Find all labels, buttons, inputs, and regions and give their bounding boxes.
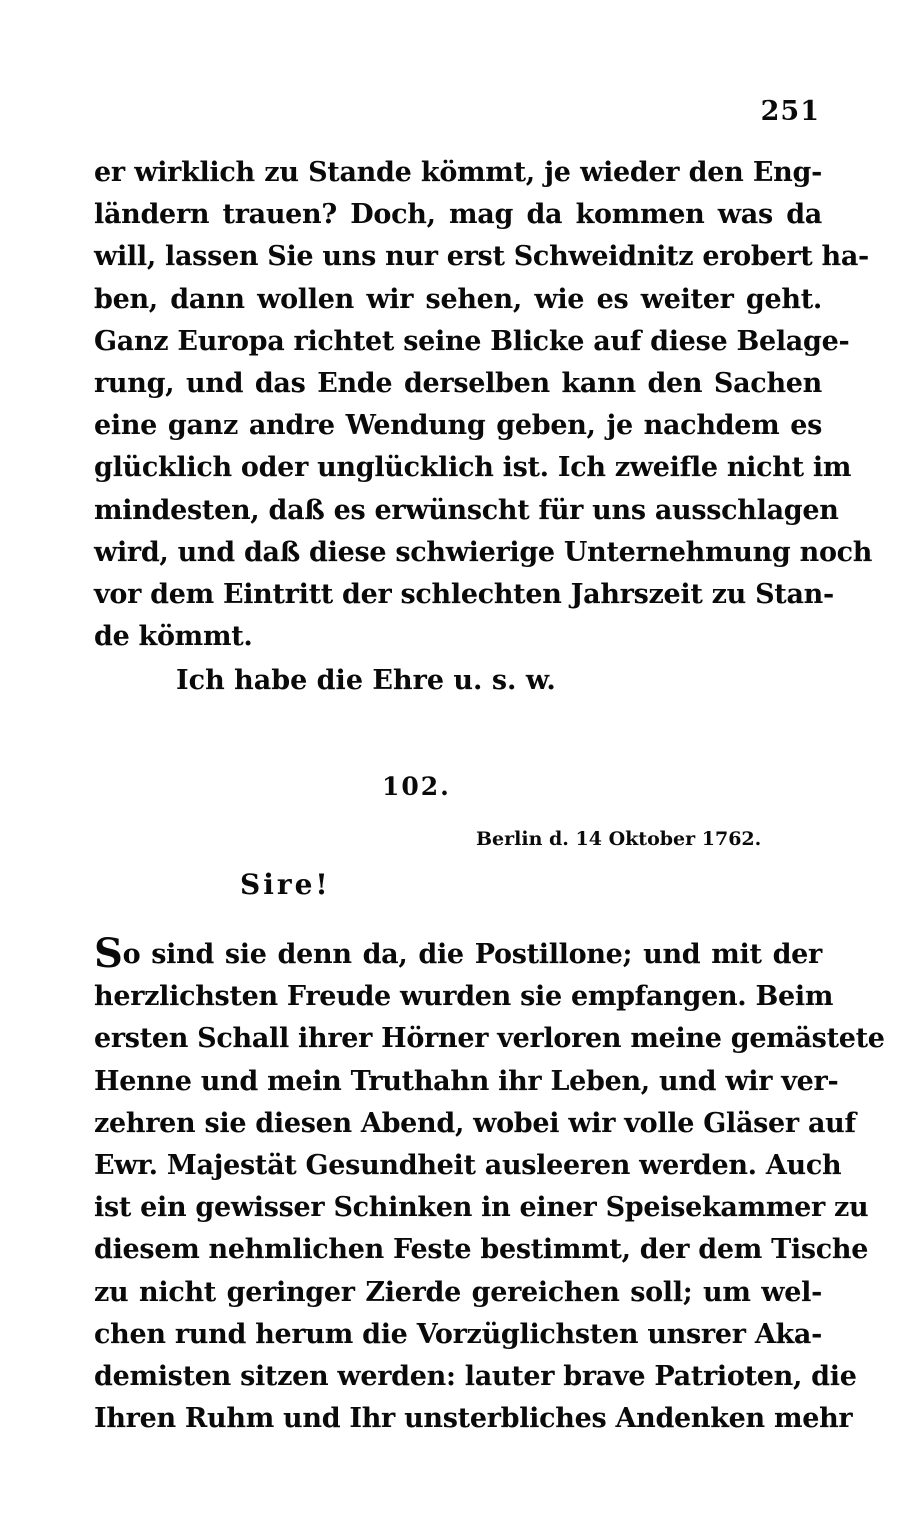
text-line: Ewr. Majestät Gesundheit ausleeren werde… bbox=[94, 1145, 822, 1187]
text-line: glücklich oder unglücklich ist. Ich zwei… bbox=[94, 447, 822, 489]
letter-number: 102. bbox=[382, 772, 451, 801]
text-line: de kömmt. bbox=[94, 616, 822, 658]
text-line: Ihren Ruhm und Ihr unsterbliches Andenke… bbox=[94, 1398, 822, 1440]
text-line: Henne und mein Truthahn ihr Leben, und w… bbox=[94, 1061, 822, 1103]
salutation: Sire! bbox=[240, 868, 331, 901]
page-number: 251 bbox=[761, 96, 820, 127]
new-letter-text: So sind sie denn da, die Postillone; und… bbox=[94, 934, 822, 1440]
letter-closing: Ich habe die Ehre u. s. w. bbox=[176, 660, 556, 702]
text-line: diesem nehmlichen Feste bestimmt, der de… bbox=[94, 1229, 822, 1271]
text-line: vor dem Eintritt der schlechten Jahrszei… bbox=[94, 574, 822, 616]
text-line: will, lassen Sie uns nur erst Schweidnit… bbox=[94, 236, 822, 278]
text-line: rung, und das Ende derselben kann den Sa… bbox=[94, 363, 822, 405]
drop-cap: S bbox=[94, 930, 123, 977]
first-text-line: So sind sie denn da, die Postillone; und… bbox=[94, 934, 822, 976]
continued-letter-text: er wirklich zu Stande kömmt, je wieder d… bbox=[94, 152, 822, 658]
text-line: ben, dann wollen wir sehen, wie es weite… bbox=[94, 279, 822, 321]
text-line: eine ganz andre Wendung geben, je nachde… bbox=[94, 405, 822, 447]
text-line: chen rund herum die Vorzüglichsten unsre… bbox=[94, 1314, 822, 1356]
text-line: ländern trauen? Doch, mag da kommen was … bbox=[94, 194, 822, 236]
book-page: 251 er wirklich zu Stande kömmt, je wied… bbox=[0, 0, 900, 1522]
text-line: er wirklich zu Stande kömmt, je wieder d… bbox=[94, 152, 822, 194]
text-line: zu nicht geringer Zierde gereichen soll;… bbox=[94, 1272, 822, 1314]
text-line: ersten Schall ihrer Hörner verloren mein… bbox=[94, 1018, 822, 1060]
text-line: ist ein gewisser Schinken in einer Speis… bbox=[94, 1187, 822, 1229]
text-line: demisten sitzen werden: lauter brave Pat… bbox=[94, 1356, 822, 1398]
dateline: Berlin d. 14 Oktober 1762. bbox=[476, 828, 761, 850]
text-line: wird, und daß diese schwierige Unternehm… bbox=[94, 532, 822, 574]
text-line: Ganz Europa richtet seine Blicke auf die… bbox=[94, 321, 822, 363]
text-line: mindesten, daß es erwünscht für uns auss… bbox=[94, 490, 822, 532]
first-line-rest: o sind sie denn da, die Postillone; und … bbox=[123, 939, 822, 970]
text-line: zehren sie diesen Abend, wobei wir volle… bbox=[94, 1103, 822, 1145]
text-line: herzlichsten Freude wurden sie empfangen… bbox=[94, 976, 822, 1018]
